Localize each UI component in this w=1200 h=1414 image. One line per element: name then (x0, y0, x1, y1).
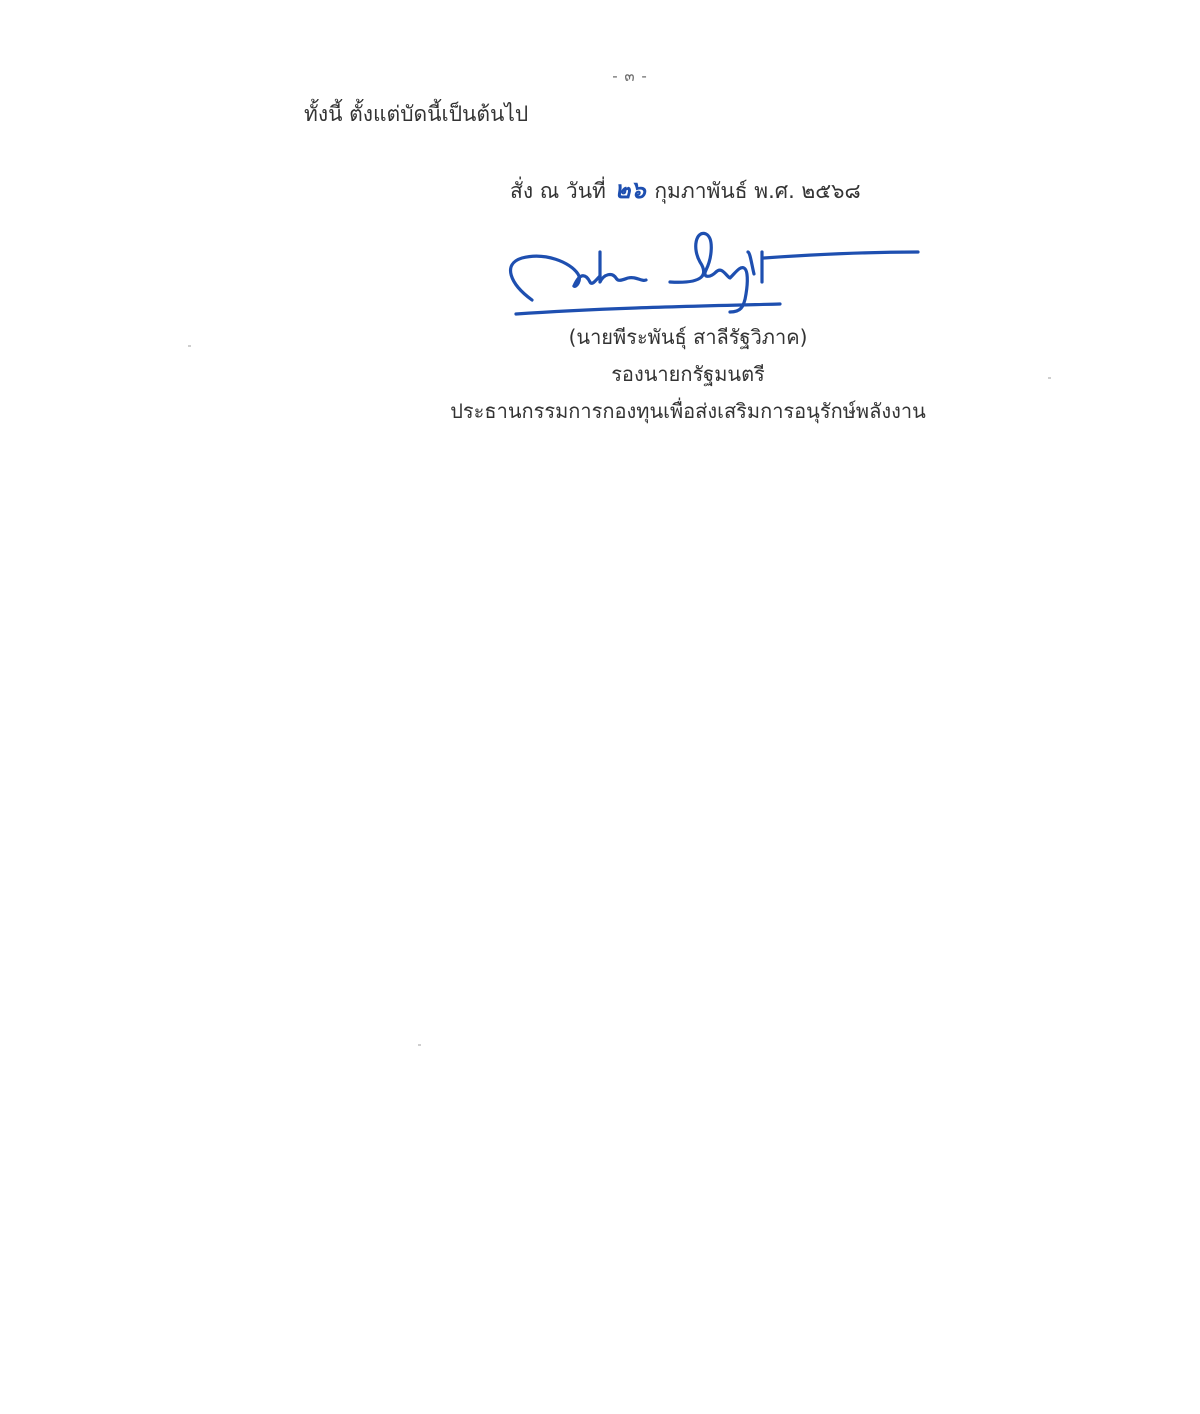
signer-title: รองนายกรัฐมนตรี (0, 358, 1200, 390)
scan-speck (1048, 377, 1051, 379)
order-date: สั่ง ณ วันที่ ๒๖ กุมภาพันธ์ พ.ศ. ๒๕๖๘ (510, 170, 861, 209)
scan-speck (418, 1044, 421, 1046)
handwritten-day: ๒๖ (615, 176, 646, 204)
signer-position: ประธานกรรมการกองทุนเพื่อส่งเสริมการอนุรั… (0, 395, 1200, 427)
signer-name: (นายพีระพันธุ์ สาลีรัฐวิภาค) (0, 321, 1200, 353)
document-page: - ๓ - ทั้งนี้ ตั้งแต่บัดนี้เป็นต้นไป สั่… (0, 0, 1200, 1414)
date-prefix: สั่ง ณ วันที่ (510, 179, 606, 203)
date-month-year: กุมภาพันธ์ พ.ศ. ๒๕๖๘ (654, 179, 860, 203)
signature-image (500, 222, 930, 322)
page-number: - ๓ - (0, 64, 1200, 88)
scan-speck (188, 345, 191, 347)
closing-line: ทั้งนี้ ตั้งแต่บัดนี้เป็นต้นไป (304, 98, 528, 131)
